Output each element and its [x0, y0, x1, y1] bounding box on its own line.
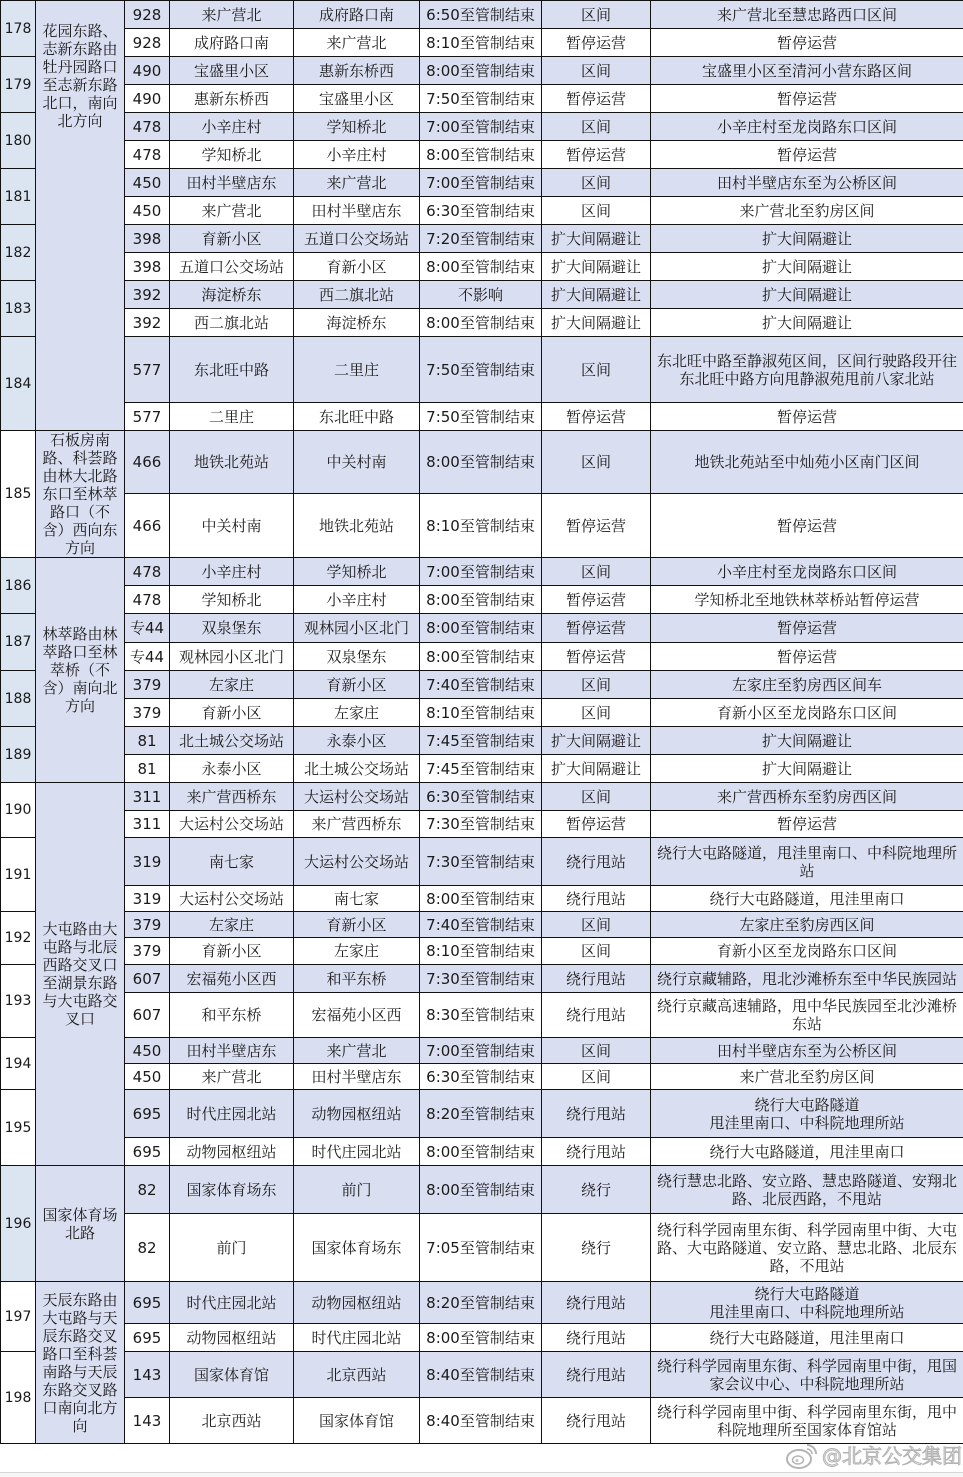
table-row: 专44 观林园小区北门 双泉堡东 8:00至管制结束 暂停运营 暂停运营	[1, 643, 963, 671]
measure-cell: 区间	[542, 1064, 651, 1090]
terminal-station-cell: 育新小区	[294, 253, 420, 281]
table-row: 195 695 时代庄园北站 动物园枢纽站 8:20至管制结束 绕行甩站 绕行大…	[1, 1090, 963, 1138]
terminal-station-cell: 南七家	[294, 886, 420, 912]
table-row: 178 花园东路、志新东路由牡丹园路口至志新东路北口，南向北方向 928 来广营…	[1, 1, 963, 29]
measure-cell: 绕行甩站	[542, 1282, 651, 1324]
measure-cell: 暂停运营	[542, 403, 651, 431]
index-cell: 182	[1, 225, 36, 281]
index-cell: 188	[1, 671, 36, 727]
route-number-cell: 379	[125, 912, 170, 938]
table-row: 695 动物园枢纽站 时代庄园北站 8:00至管制结束 绕行甩站 绕行大屯路隧道…	[1, 1324, 963, 1352]
origin-station-cell: 育新小区	[170, 938, 294, 965]
route-number-cell: 379	[125, 938, 170, 965]
table-row: 188 379 左家庄 育新小区 7:40至管制结束 区间 左家庄至豹房西区间车	[1, 671, 963, 699]
detail-cell: 田村半壁店东至为公桥区间	[651, 1038, 963, 1064]
route-number-cell: 478	[125, 558, 170, 586]
terminal-station-cell: 北京西站	[294, 1352, 420, 1398]
table-row: 82 前门 国家体育场东 7:05至管制结束 绕行 绕行科学园南里东街、科学园南…	[1, 1214, 963, 1282]
route-number-cell: 928	[125, 1, 170, 29]
table-row: 450 来广营北 田村半壁店东 6:30至管制结束 区间 来广营北至豹房区间	[1, 197, 963, 225]
terminal-station-cell: 西二旗北站	[294, 281, 420, 309]
origin-station-cell: 学知桥北	[170, 586, 294, 614]
road-section-cell: 国家体育场北路	[36, 1166, 125, 1282]
terminal-station-cell: 来广营北	[294, 29, 420, 57]
detail-cell: 宝盛里小区至清河小营东路区间	[651, 57, 963, 85]
terminal-station-cell: 五道口公交场站	[294, 225, 420, 253]
time-cell: 7:20至管制结束	[420, 225, 542, 253]
watermark-text: @北京公交集团	[822, 1442, 962, 1470]
table-row: 194 450 田村半壁店东 来广营北 7:00至管制结束 区间 田村半壁店东至…	[1, 1038, 963, 1064]
time-cell: 8:00至管制结束	[420, 643, 542, 671]
measure-cell: 扩大间隔避让	[542, 309, 651, 337]
origin-station-cell: 来广营北	[170, 1, 294, 29]
table-row: 192 379 左家庄 育新小区 7:40至管制结束 区间 左家庄至豹房西区间	[1, 912, 963, 938]
bottom-margin	[0, 1473, 963, 1477]
route-number-cell: 311	[125, 783, 170, 811]
measure-cell: 暂停运营	[542, 586, 651, 614]
measure-cell: 区间	[542, 337, 651, 403]
origin-station-cell: 育新小区	[170, 225, 294, 253]
measure-cell: 区间	[542, 912, 651, 938]
index-cell: 185	[1, 431, 36, 558]
time-cell: 7:00至管制结束	[420, 113, 542, 141]
table-row: 189 81 北土城公交场站 永泰小区 7:45至管制结束 扩大间隔避让 扩大间…	[1, 727, 963, 755]
detail-cell: 绕行大屯路隧道，甩洼里南口	[651, 886, 963, 912]
time-cell: 不影响	[420, 281, 542, 309]
terminal-station-cell: 左家庄	[294, 938, 420, 965]
route-number-cell: 607	[125, 965, 170, 993]
time-cell: 8:00至管制结束	[420, 1138, 542, 1166]
origin-station-cell: 田村半壁店东	[170, 1038, 294, 1064]
origin-station-cell: 左家庄	[170, 912, 294, 938]
measure-cell: 绕行甩站	[542, 886, 651, 912]
measure-cell: 绕行甩站	[542, 1352, 651, 1398]
time-cell: 7:40至管制结束	[420, 912, 542, 938]
time-cell: 7:00至管制结束	[420, 169, 542, 197]
measure-cell: 区间	[542, 938, 651, 965]
origin-station-cell: 学知桥北	[170, 141, 294, 169]
terminal-station-cell: 东北旺中路	[294, 403, 420, 431]
terminal-station-cell: 和平东桥	[294, 965, 420, 993]
detail-cell: 绕行大屯路隧道 甩洼里南口、中科院地理所站	[651, 1090, 963, 1138]
time-cell: 7:50至管制结束	[420, 337, 542, 403]
measure-cell: 区间	[542, 169, 651, 197]
table-row: 187 专44 双泉堡东 观林园小区北门 8:00至管制结束 暂停运营 暂停运营	[1, 614, 963, 643]
table-row: 607 和平东桥 宏福苑小区西 8:30至管制结束 绕行甩站 绕行京藏高速辅路，…	[1, 993, 963, 1038]
time-cell: 7:50至管制结束	[420, 403, 542, 431]
time-cell: 8:00至管制结束	[420, 431, 542, 494]
origin-station-cell: 来广营西桥东	[170, 783, 294, 811]
route-number-cell: 81	[125, 755, 170, 783]
table-row: 197 天辰东路由大屯路与天辰东路交叉路口至科荟南路与天辰东路交叉路口南向北方向…	[1, 1282, 963, 1324]
terminal-station-cell: 前门	[294, 1166, 420, 1214]
detail-cell: 暂停运营	[651, 29, 963, 57]
route-number-cell: 311	[125, 811, 170, 838]
route-number-cell: 450	[125, 197, 170, 225]
origin-station-cell: 北京西站	[170, 1398, 294, 1444]
detail-cell: 育新小区至龙岗路东口区间	[651, 699, 963, 727]
origin-station-cell: 国家体育馆	[170, 1352, 294, 1398]
route-number-cell: 82	[125, 1214, 170, 1282]
measure-cell: 暂停运营	[542, 643, 651, 671]
terminal-station-cell: 国家体育场东	[294, 1214, 420, 1282]
route-number-cell: 490	[125, 57, 170, 85]
origin-station-cell: 西二旗北站	[170, 309, 294, 337]
table-row: 392 西二旗北站 海淀桥东 8:00至管制结束 扩大间隔避让 扩大间隔避让	[1, 309, 963, 337]
detail-cell: 扩大间隔避让	[651, 253, 963, 281]
route-number-cell: 319	[125, 886, 170, 912]
detail-cell: 绕行京藏辅路，甩北沙滩桥东至中华民族园站	[651, 965, 963, 993]
terminal-station-cell: 来广营北	[294, 169, 420, 197]
table-row: 184 577 东北旺中路 二里庄 7:50至管制结束 区间 东北旺中路至静淑苑…	[1, 337, 963, 403]
route-number-cell: 392	[125, 309, 170, 337]
table-row: 180 478 小辛庄村 学知桥北 7:00至管制结束 区间 小辛庄村至龙岗路东…	[1, 113, 963, 141]
measure-cell: 扩大间隔避让	[542, 727, 651, 755]
origin-station-cell: 动物园枢纽站	[170, 1324, 294, 1352]
detail-cell: 绕行大屯路隧道，甩洼里南口、中科院地理所站	[651, 838, 963, 886]
terminal-station-cell: 育新小区	[294, 912, 420, 938]
route-number-cell: 392	[125, 281, 170, 309]
terminal-station-cell: 动物园枢纽站	[294, 1282, 420, 1324]
terminal-station-cell: 中关村南	[294, 431, 420, 494]
route-number-cell: 398	[125, 253, 170, 281]
measure-cell: 区间	[542, 113, 651, 141]
measure-cell: 区间	[542, 1, 651, 29]
origin-station-cell: 来广营北	[170, 197, 294, 225]
index-cell: 190	[1, 783, 36, 838]
detail-cell: 绕行科学园南里东街、科学园南里中街，甩国家会议中心、中科院地理所站	[651, 1352, 963, 1398]
terminal-station-cell: 左家庄	[294, 699, 420, 727]
route-number-cell: 379	[125, 699, 170, 727]
terminal-station-cell: 地铁北苑站	[294, 494, 420, 558]
detail-cell: 绕行慧忠北路、安立路、慧忠路隧道、安翔北路、北辰西路，不甩站	[651, 1166, 963, 1214]
table-row: 478 学知桥北 小辛庄村 8:00至管制结束 暂停运营 暂停运营	[1, 141, 963, 169]
measure-cell: 绕行甩站	[542, 838, 651, 886]
table-row: 191 319 南七家 大运村公交场站 7:30至管制结束 绕行甩站 绕行大屯路…	[1, 838, 963, 886]
detail-cell: 绕行大屯路隧道，甩洼里南口	[651, 1138, 963, 1166]
detail-cell: 暂停运营	[651, 643, 963, 671]
index-cell: 194	[1, 1038, 36, 1090]
time-cell: 7:50至管制结束	[420, 85, 542, 113]
time-cell: 8:20至管制结束	[420, 1090, 542, 1138]
detail-cell: 暂停运营	[651, 614, 963, 643]
detail-cell: 暂停运营	[651, 85, 963, 113]
terminal-station-cell: 学知桥北	[294, 113, 420, 141]
origin-station-cell: 育新小区	[170, 699, 294, 727]
detail-cell: 扩大间隔避让	[651, 755, 963, 783]
index-cell: 181	[1, 169, 36, 225]
detail-cell: 来广营北至慧忠路西口区间	[651, 1, 963, 29]
time-cell: 7:00至管制结束	[420, 558, 542, 586]
table-row: 311 大运村公交场站 来广营西桥东 7:30至管制结束 暂停运营 暂停运营	[1, 811, 963, 838]
detail-cell: 地铁北苑站至中灿苑小区南门区间	[651, 431, 963, 494]
detail-cell: 暂停运营	[651, 141, 963, 169]
detail-cell: 田村半壁店东至为公桥区间	[651, 169, 963, 197]
table-row: 190 大屯路由大屯路与北辰西路交叉口至湖景东路与大屯路交叉口 311 来广营西…	[1, 783, 963, 811]
time-cell: 7:05至管制结束	[420, 1214, 542, 1282]
origin-station-cell: 动物园枢纽站	[170, 1138, 294, 1166]
terminal-station-cell: 大运村公交场站	[294, 783, 420, 811]
terminal-station-cell: 国家体育馆	[294, 1398, 420, 1444]
table-row: 466 中关村南 地铁北苑站 8:10至管制结束 暂停运营 暂停运营	[1, 494, 963, 558]
route-number-cell: 695	[125, 1282, 170, 1324]
time-cell: 8:10至管制结束	[420, 29, 542, 57]
bus-adjustment-table: 178 花园东路、志新东路由牡丹园路口至志新东路北口，南向北方向 928 来广营…	[0, 0, 963, 1444]
table-row: 179 490 宝盛里小区 惠新东桥西 8:00至管制结束 区间 宝盛里小区至清…	[1, 57, 963, 85]
time-cell: 8:00至管制结束	[420, 886, 542, 912]
route-number-cell: 专44	[125, 643, 170, 671]
index-cell: 187	[1, 614, 36, 671]
index-cell: 198	[1, 1352, 36, 1444]
detail-cell: 左家庄至豹房西区间	[651, 912, 963, 938]
measure-cell: 扩大间隔避让	[542, 253, 651, 281]
origin-station-cell: 时代庄园北站	[170, 1090, 294, 1138]
time-cell: 8:00至管制结束	[420, 1166, 542, 1214]
terminal-station-cell: 来广营北	[294, 1038, 420, 1064]
measure-cell: 暂停运营	[542, 811, 651, 838]
measure-cell: 暂停运营	[542, 494, 651, 558]
route-number-cell: 478	[125, 141, 170, 169]
index-cell: 186	[1, 558, 36, 614]
measure-cell: 绕行甩站	[542, 1398, 651, 1444]
origin-station-cell: 左家庄	[170, 671, 294, 699]
measure-cell: 绕行甩站	[542, 993, 651, 1038]
terminal-station-cell: 北土城公交场站	[294, 755, 420, 783]
origin-station-cell: 永泰小区	[170, 755, 294, 783]
road-section-cell: 花园东路、志新东路由牡丹园路口至志新东路北口，南向北方向	[36, 1, 125, 431]
measure-cell: 区间	[542, 1038, 651, 1064]
table-row: 185 石板房南路、科荟路由林大北路东口至林萃路口（不含）西向东方向 466 地…	[1, 431, 963, 494]
detail-cell: 绕行京藏高速辅路，甩中华民族园至北沙滩桥东站	[651, 993, 963, 1038]
time-cell: 8:40至管制结束	[420, 1352, 542, 1398]
origin-station-cell: 双泉堡东	[170, 614, 294, 643]
origin-station-cell: 田村半壁店东	[170, 169, 294, 197]
route-number-cell: 577	[125, 403, 170, 431]
measure-cell: 区间	[542, 57, 651, 85]
detail-cell: 育新小区至龙岗路东口区间	[651, 938, 963, 965]
origin-station-cell: 时代庄园北站	[170, 1282, 294, 1324]
terminal-station-cell: 田村半壁店东	[294, 1064, 420, 1090]
measure-cell: 区间	[542, 558, 651, 586]
route-number-cell: 478	[125, 586, 170, 614]
route-number-cell: 143	[125, 1398, 170, 1444]
origin-station-cell: 来广营北	[170, 1064, 294, 1090]
table-row: 183 392 海淀桥东 西二旗北站 不影响 扩大间隔避让 扩大间隔避让	[1, 281, 963, 309]
terminal-station-cell: 二里庄	[294, 337, 420, 403]
origin-station-cell: 宝盛里小区	[170, 57, 294, 85]
table-row: 577 二里庄 东北旺中路 7:50至管制结束 暂停运营 暂停运营	[1, 403, 963, 431]
time-cell: 8:00至管制结束	[420, 141, 542, 169]
time-cell: 7:30至管制结束	[420, 811, 542, 838]
terminal-station-cell: 时代庄园北站	[294, 1324, 420, 1352]
route-number-cell: 928	[125, 29, 170, 57]
time-cell: 7:45至管制结束	[420, 727, 542, 755]
terminal-station-cell: 田村半壁店东	[294, 197, 420, 225]
route-number-cell: 695	[125, 1138, 170, 1166]
weibo-logo-icon	[786, 1442, 818, 1470]
table-row: 143 北京西站 国家体育馆 8:40至管制结束 绕行甩站 绕行科学园南里中街、…	[1, 1398, 963, 1444]
route-number-cell: 81	[125, 727, 170, 755]
origin-station-cell: 观林园小区北门	[170, 643, 294, 671]
route-number-cell: 695	[125, 1090, 170, 1138]
time-cell: 8:10至管制结束	[420, 699, 542, 727]
road-section-cell: 石板房南路、科荟路由林大北路东口至林萃路口（不含）西向东方向	[36, 431, 125, 558]
detail-cell: 来广营西桥东至豹房西区间	[651, 783, 963, 811]
table-row: 182 398 育新小区 五道口公交场站 7:20至管制结束 扩大间隔避让 扩大…	[1, 225, 963, 253]
route-number-cell: 379	[125, 671, 170, 699]
table-row: 450 来广营北 田村半壁店东 6:30至管制结束 区间 来广营北至豹房区间	[1, 1064, 963, 1090]
measure-cell: 绕行甩站	[542, 1324, 651, 1352]
route-number-cell: 450	[125, 169, 170, 197]
origin-station-cell: 北土城公交场站	[170, 727, 294, 755]
route-number-cell: 143	[125, 1352, 170, 1398]
detail-cell: 暂停运营	[651, 811, 963, 838]
table-row: 928 成府路口南 来广营北 8:10至管制结束 暂停运营 暂停运营	[1, 29, 963, 57]
detail-cell: 绕行科学园南里东街、科学园南里中街、大屯路、大屯路隧道、安立路、慧忠北路、北辰东…	[651, 1214, 963, 1282]
index-cell: 191	[1, 838, 36, 912]
measure-cell: 暂停运营	[542, 29, 651, 57]
measure-cell: 区间	[542, 671, 651, 699]
road-section-cell: 大屯路由大屯路与北辰西路交叉口至湖景东路与大屯路交叉口	[36, 783, 125, 1166]
detail-cell: 绕行大屯路隧道 甩洼里南口、中科院地理所站	[651, 1282, 963, 1324]
table-row: 319 大运村公交场站 南七家 8:00至管制结束 绕行甩站 绕行大屯路隧道，甩…	[1, 886, 963, 912]
detail-cell: 东北旺中路至静淑苑区间，区间行驶路段开往东北旺中路方向甩静淑苑甩前八家北站	[651, 337, 963, 403]
measure-cell: 暂停运营	[542, 141, 651, 169]
index-cell: 179	[1, 57, 36, 113]
origin-station-cell: 国家体育场东	[170, 1166, 294, 1214]
terminal-station-cell: 大运村公交场站	[294, 838, 420, 886]
detail-cell: 扩大间隔避让	[651, 281, 963, 309]
route-number-cell: 490	[125, 85, 170, 113]
origin-station-cell: 二里庄	[170, 403, 294, 431]
time-cell: 7:00至管制结束	[420, 1038, 542, 1064]
origin-station-cell: 大运村公交场站	[170, 886, 294, 912]
route-number-cell: 450	[125, 1038, 170, 1064]
measure-cell: 绕行甩站	[542, 1090, 651, 1138]
terminal-station-cell: 海淀桥东	[294, 309, 420, 337]
terminal-station-cell: 永泰小区	[294, 727, 420, 755]
table-row: 186 林萃路由林萃路口至林萃桥（不含）南向北方向 478 小辛庄村 学知桥北 …	[1, 558, 963, 586]
measure-cell: 区间	[542, 699, 651, 727]
origin-station-cell: 前门	[170, 1214, 294, 1282]
measure-cell: 暂停运营	[542, 614, 651, 643]
time-cell: 8:10至管制结束	[420, 938, 542, 965]
measure-cell: 绕行甩站	[542, 965, 651, 993]
detail-cell: 小辛庄村至龙岗路东口区间	[651, 113, 963, 141]
terminal-station-cell: 观林园小区北门	[294, 614, 420, 643]
time-cell: 6:50至管制结束	[420, 1, 542, 29]
origin-station-cell: 小辛庄村	[170, 558, 294, 586]
route-number-cell: 695	[125, 1324, 170, 1352]
time-cell: 7:40至管制结束	[420, 671, 542, 699]
time-cell: 6:30至管制结束	[420, 197, 542, 225]
time-cell: 8:00至管制结束	[420, 57, 542, 85]
index-cell: 189	[1, 727, 36, 783]
terminal-station-cell: 来广营西桥东	[294, 811, 420, 838]
detail-cell: 学知桥北至地铁林萃桥站暂停运营	[651, 586, 963, 614]
origin-station-cell: 惠新东桥西	[170, 85, 294, 113]
route-number-cell: 398	[125, 225, 170, 253]
detail-cell: 来广营北至豹房区间	[651, 1064, 963, 1090]
detail-cell: 左家庄至豹房西区间车	[651, 671, 963, 699]
route-number-cell: 577	[125, 337, 170, 403]
table-row: 198 143 国家体育馆 北京西站 8:40至管制结束 绕行甩站 绕行科学园南…	[1, 1352, 963, 1398]
measure-cell: 区间	[542, 197, 651, 225]
route-number-cell: 专44	[125, 614, 170, 643]
terminal-station-cell: 惠新东桥西	[294, 57, 420, 85]
route-number-cell: 82	[125, 1166, 170, 1214]
index-cell: 180	[1, 113, 36, 169]
detail-cell: 绕行大屯路隧道，甩洼里南口	[651, 1324, 963, 1352]
road-section-cell: 天辰东路由大屯路与天辰东路交叉路口至科荟南路与天辰东路交叉路口南向北方向	[36, 1282, 125, 1444]
index-cell: 195	[1, 1090, 36, 1166]
time-cell: 8:00至管制结束	[420, 253, 542, 281]
index-cell: 178	[1, 1, 36, 57]
time-cell: 7:30至管制结束	[420, 838, 542, 886]
time-cell: 7:30至管制结束	[420, 965, 542, 993]
detail-cell: 小辛庄村至龙岗路东口区间	[651, 558, 963, 586]
origin-station-cell: 中关村南	[170, 494, 294, 558]
index-cell: 192	[1, 912, 36, 965]
measure-cell: 扩大间隔避让	[542, 225, 651, 253]
table-row: 193 607 宏福苑小区西 和平东桥 7:30至管制结束 绕行甩站 绕行京藏辅…	[1, 965, 963, 993]
detail-cell: 暂停运营	[651, 494, 963, 558]
table-row: 398 五道口公交场站 育新小区 8:00至管制结束 扩大间隔避让 扩大间隔避让	[1, 253, 963, 281]
table-row: 81 永泰小区 北土城公交场站 7:45至管制结束 扩大间隔避让 扩大间隔避让	[1, 755, 963, 783]
time-cell: 6:30至管制结束	[420, 783, 542, 811]
detail-cell: 扩大间隔避让	[651, 225, 963, 253]
measure-cell: 扩大间隔避让	[542, 281, 651, 309]
table-row: 181 450 田村半壁店东 来广营北 7:00至管制结束 区间 田村半壁店东至…	[1, 169, 963, 197]
measure-cell: 绕行甩站	[542, 1138, 651, 1166]
measure-cell: 绕行	[542, 1166, 651, 1214]
terminal-station-cell: 动物园枢纽站	[294, 1090, 420, 1138]
origin-station-cell: 海淀桥东	[170, 281, 294, 309]
table-row: 478 学知桥北 小辛庄村 8:00至管制结束 暂停运营 学知桥北至地铁林萃桥站…	[1, 586, 963, 614]
detail-cell: 绕行科学园南里中街、科学园南里东街，甩中科院地理所至国家体育馆站	[651, 1398, 963, 1444]
terminal-station-cell: 小辛庄村	[294, 141, 420, 169]
time-cell: 8:00至管制结束	[420, 586, 542, 614]
time-cell: 7:45至管制结束	[420, 755, 542, 783]
terminal-station-cell: 成府路口南	[294, 1, 420, 29]
index-cell: 197	[1, 1282, 36, 1352]
time-cell: 8:20至管制结束	[420, 1282, 542, 1324]
time-cell: 8:00至管制结束	[420, 309, 542, 337]
measure-cell: 暂停运营	[542, 85, 651, 113]
origin-station-cell: 宏福苑小区西	[170, 965, 294, 993]
terminal-station-cell: 时代庄园北站	[294, 1138, 420, 1166]
origin-station-cell: 大运村公交场站	[170, 811, 294, 838]
time-cell: 8:10至管制结束	[420, 494, 542, 558]
origin-station-cell: 五道口公交场站	[170, 253, 294, 281]
road-section-cell: 林萃路由林萃路口至林萃桥（不含）南向北方向	[36, 558, 125, 783]
detail-cell: 扩大间隔避让	[651, 727, 963, 755]
index-cell: 183	[1, 281, 36, 337]
route-number-cell: 466	[125, 431, 170, 494]
measure-cell: 扩大间隔避让	[542, 755, 651, 783]
origin-station-cell: 成府路口南	[170, 29, 294, 57]
route-number-cell: 607	[125, 993, 170, 1038]
origin-station-cell: 和平东桥	[170, 993, 294, 1038]
detail-cell: 暂停运营	[651, 403, 963, 431]
route-number-cell: 466	[125, 494, 170, 558]
table-row: 379 育新小区 左家庄 8:10至管制结束 区间 育新小区至龙岗路东口区间	[1, 699, 963, 727]
table-row: 196 国家体育场北路 82 国家体育场东 前门 8:00至管制结束 绕行 绕行…	[1, 1166, 963, 1214]
index-cell: 193	[1, 965, 36, 1038]
index-cell: 184	[1, 337, 36, 431]
table-row: 695 动物园枢纽站 时代庄园北站 8:00至管制结束 绕行甩站 绕行大屯路隧道…	[1, 1138, 963, 1166]
detail-cell: 扩大间隔避让	[651, 309, 963, 337]
